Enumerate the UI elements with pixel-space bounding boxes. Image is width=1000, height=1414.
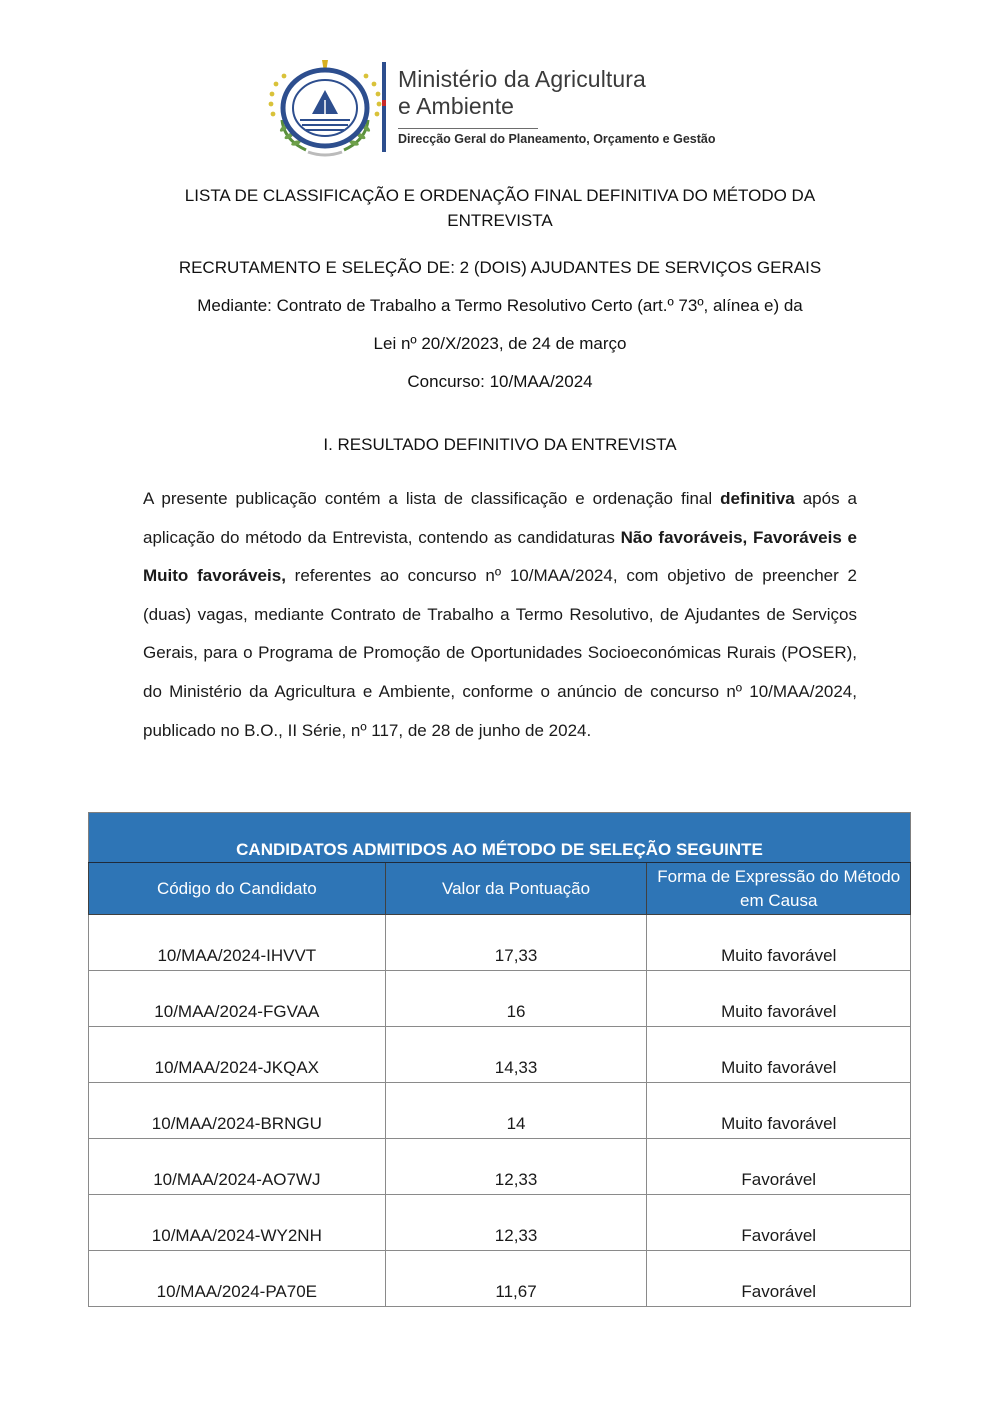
cell-score: 11,67 (385, 1251, 647, 1307)
cell-candidate-code: 10/MAA/2024-IHVVT (89, 915, 386, 971)
law-reference: Lei nº 20/X/2023, de 24 de março (0, 334, 1000, 354)
document-title: LISTA DE CLASSIFICAÇÃO E ORDENAÇÃO FINAL… (0, 183, 1000, 233)
cell-expression: Muito favorável (647, 1083, 911, 1139)
cell-candidate-code: 10/MAA/2024-JKQAX (89, 1027, 386, 1083)
document-title-line2: ENTREVISTA (0, 208, 1000, 233)
cell-candidate-code: 10/MAA/2024-WY2NH (89, 1195, 386, 1251)
candidates-table: CANDIDATOS ADMITIDOS AO MÉTODO DE SELEÇÃ… (88, 812, 911, 1307)
cell-candidate-code: 10/MAA/2024-AO7WJ (89, 1139, 386, 1195)
cell-expression: Muito favorável (647, 1027, 911, 1083)
cell-score: 12,33 (385, 1195, 647, 1251)
table-row: 10/MAA/2024-IHVVT17,33Muito favorável (89, 915, 911, 971)
section-heading: I. RESULTADO DEFINITIVO DA ENTREVISTA (0, 435, 1000, 455)
cell-expression: Favorável (647, 1139, 911, 1195)
coat-of-arms-icon (264, 58, 386, 158)
cell-candidate-code: 10/MAA/2024-BRNGU (89, 1083, 386, 1139)
table-row: 10/MAA/2024-BRNGU14Muito favorável (89, 1083, 911, 1139)
document-title-line1: LISTA DE CLASSIFICAÇÃO E ORDENAÇÃO FINAL… (0, 183, 1000, 208)
ministry-name-line1: Ministério da Agricultura (398, 66, 646, 93)
column-header-code: Código do Candidato (89, 863, 386, 915)
table-banner: CANDIDATOS ADMITIDOS AO MÉTODO DE SELEÇÃ… (89, 813, 911, 863)
column-header-score: Valor da Pontuação (385, 863, 647, 915)
table-row: 10/MAA/2024-WY2NH12,33Favorável (89, 1195, 911, 1251)
table-row: 10/MAA/2024-AO7WJ12,33Favorável (89, 1139, 911, 1195)
table-row: 10/MAA/2024-JKQAX14,33Muito favorável (89, 1027, 911, 1083)
cell-expression: Favorável (647, 1251, 911, 1307)
cell-candidate-code: 10/MAA/2024-PA70E (89, 1251, 386, 1307)
paragraph-text: A presente publicação contém a lista de … (143, 489, 720, 508)
ministry-name-line2: e Ambiente (398, 93, 646, 120)
letterhead: Ministério da Agricultura e Ambiente Dir… (264, 58, 734, 158)
paragraph-text: referentes ao concurso nº 10/MAA/2024, c… (143, 566, 857, 739)
intro-paragraph: A presente publicação contém a lista de … (143, 480, 857, 750)
directorate-name: Direcção Geral do Planeamento, Orçamento… (398, 132, 715, 146)
cell-expression: Muito favorável (647, 971, 911, 1027)
recruitment-subtitle: RECRUTAMENTO E SELEÇÃO DE: 2 (DOIS) AJUD… (0, 258, 1000, 278)
cell-score: 14 (385, 1083, 647, 1139)
ministry-name: Ministério da Agricultura e Ambiente (398, 66, 646, 120)
column-header-expression: Forma de Expressão do Método em Causa (647, 863, 911, 915)
competition-number: Concurso: 10/MAA/2024 (0, 372, 1000, 392)
table-row: 10/MAA/2024-FGVAA16Muito favorável (89, 971, 911, 1027)
table-header-row: Código do Candidato Valor da Pontuação F… (89, 863, 911, 915)
ministry-rule (398, 128, 538, 129)
cell-expression: Favorável (647, 1195, 911, 1251)
paragraph-emphasis: definitiva (720, 489, 795, 508)
table-row: 10/MAA/2024-PA70E11,67Favorável (89, 1251, 911, 1307)
brand-divider (382, 62, 386, 152)
cell-score: 14,33 (385, 1027, 647, 1083)
cell-expression: Muito favorável (647, 915, 911, 971)
contract-basis: Mediante: Contrato de Trabalho a Termo R… (0, 296, 1000, 316)
cell-score: 16 (385, 971, 647, 1027)
cell-candidate-code: 10/MAA/2024-FGVAA (89, 971, 386, 1027)
cell-score: 17,33 (385, 915, 647, 971)
cell-score: 12,33 (385, 1139, 647, 1195)
